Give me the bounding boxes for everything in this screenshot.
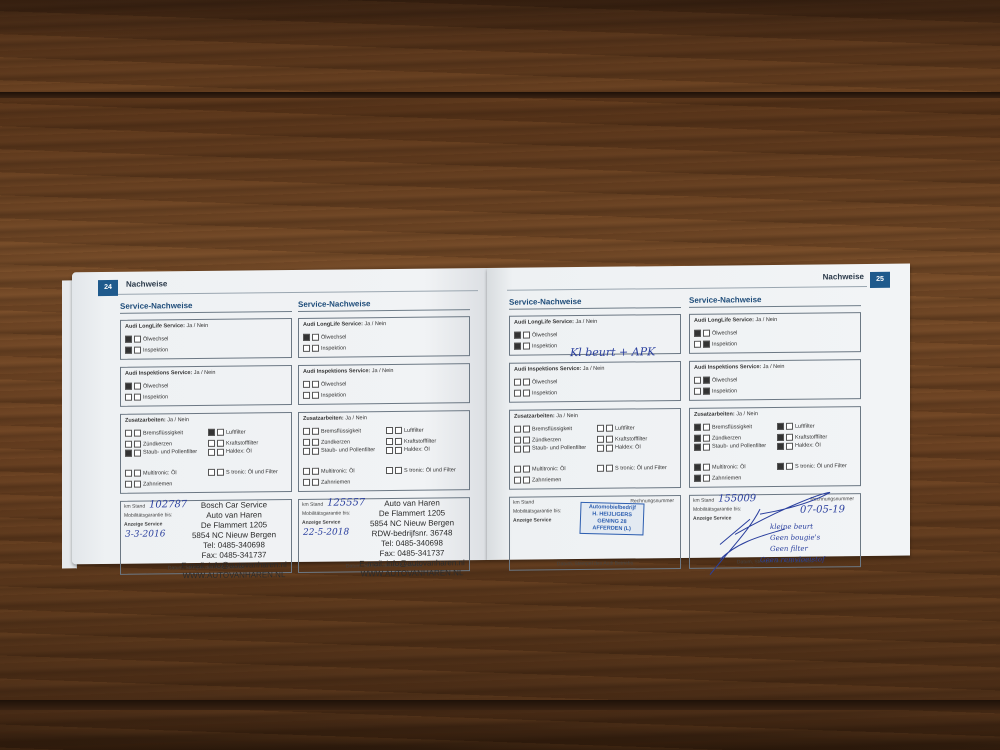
stamp-line: AFFERDEN (L)	[582, 525, 642, 533]
km-stand-label: km Stand	[513, 499, 534, 505]
checkbox-row: Zündkerzen	[514, 434, 593, 446]
empty-cell	[386, 475, 465, 487]
checkbox-row: Luftfilter	[777, 420, 856, 432]
checkbox-ja[interactable]	[208, 469, 215, 476]
section-header-right: Nachweise	[823, 272, 864, 290]
section-header-left: Nachweise	[126, 279, 167, 297]
checkbox-row: Inspektion	[514, 386, 676, 399]
checkbox-nein[interactable]	[395, 427, 402, 434]
checkbox-ja[interactable]	[125, 481, 132, 488]
box-title: Zusatzarbeiten: Ja / Nein	[125, 416, 287, 424]
checkbox-row: S tronic: Öl und Filter	[386, 464, 465, 476]
checkbox-label: Bremsflüssigkeit	[532, 426, 572, 432]
checkbox-nein[interactable]	[134, 336, 141, 343]
checkbox-ja[interactable]	[303, 439, 310, 446]
checkbox-nein[interactable]	[786, 434, 793, 441]
checkbox-ja[interactable]	[694, 475, 701, 482]
checkbox-ja[interactable]	[125, 347, 132, 354]
checkbox-row: Multitronic: Öl	[303, 465, 382, 477]
signature-scribble	[690, 488, 840, 580]
checkbox-ja[interactable]	[386, 467, 393, 474]
checkbox-label: Inspektion	[321, 392, 346, 398]
checkbox-nein[interactable]	[703, 377, 710, 384]
checkbox-ja[interactable]	[777, 443, 784, 450]
checkbox-row: Bremsflüssigkeit	[514, 423, 593, 435]
checkbox-nein[interactable]	[606, 465, 613, 472]
zusatz-grid: BremsflüssigkeitLuftfilterZündkerzenKraf…	[125, 426, 287, 490]
ja-nein-label: Ja / Nein	[575, 319, 597, 325]
checkbox-ja[interactable]	[125, 430, 132, 437]
checkbox-label: Luftfilter	[795, 423, 815, 429]
checkbox-label: Haldex: Öl	[795, 442, 821, 448]
service-entry-2: Service-NachweiseAudi LongLife Service: …	[298, 298, 470, 573]
checkbox-nein[interactable]	[134, 450, 141, 457]
checkbox-ja[interactable]	[514, 466, 521, 473]
checkbox-row: Zündkerzen	[125, 438, 204, 450]
checkbox-row: Kraftstofffilter	[597, 433, 676, 445]
stamp-line: WWW.AUTOVANHAREN.NL	[337, 568, 487, 580]
checkbox-nein[interactable]	[134, 430, 141, 437]
checkbox-row: Kraftstofffilter	[208, 437, 287, 449]
checkbox-ja[interactable]	[514, 332, 521, 339]
box-label: Audi LongLife Service:	[125, 323, 186, 330]
checkbox-nein[interactable]	[217, 429, 224, 436]
checkbox-row: Inspektion	[303, 388, 465, 401]
checkbox-ja[interactable]	[597, 445, 604, 452]
checkbox-label: Staub- und Pollenfilter	[712, 443, 766, 450]
service-stamp-box: km StandMobilitätsgarantie bis:Anzeige S…	[298, 497, 470, 573]
ja-nein-label: Ja / Nein	[736, 411, 758, 417]
anzeige-service-label: Anzeige Service	[124, 521, 162, 527]
checkbox-nein[interactable]	[312, 479, 319, 486]
checkbox-ja[interactable]	[694, 444, 701, 451]
checkbox-nein[interactable]	[703, 435, 710, 442]
stamp-line: WWW.AUTOVANHAREN.NL	[159, 570, 309, 582]
checkbox-nein[interactable]	[786, 463, 793, 470]
box-label: Zusatzarbeiten:	[303, 415, 345, 421]
checkbox-ja[interactable]	[303, 448, 310, 455]
checkbox-ja[interactable]	[386, 447, 393, 454]
box-title: Zusatzarbeiten: Ja / Nein	[303, 414, 465, 422]
checkbox-ja[interactable]	[125, 441, 132, 448]
box-title: Audi LongLife Service: Ja / Nein	[303, 320, 465, 328]
checkbox-label: Kraftstofffilter	[615, 436, 647, 442]
zusatzarbeiten-box: Zusatzarbeiten: Ja / NeinBremsflüssigkei…	[120, 412, 292, 494]
checkbox-label: Ölwechsel	[532, 332, 557, 338]
checkbox-nein[interactable]	[523, 446, 530, 453]
checkbox-label: S tronic: Öl und Filter	[226, 469, 278, 476]
checkbox-nein[interactable]	[523, 477, 530, 484]
table-plank-seam	[0, 92, 1000, 98]
page-number-right: 25	[870, 272, 890, 288]
checkbox-ja[interactable]	[208, 449, 215, 456]
mobilitaetsgarantie-label: Mobilitätsgarantie bis:	[513, 508, 561, 515]
checkbox-ja[interactable]	[208, 440, 215, 447]
checkbox-row: Zahnriemen	[125, 478, 204, 490]
box-title: Audi Inspektions Service: Ja / Nein	[303, 367, 465, 375]
checkbox-label: Multitronic: Öl	[712, 464, 746, 470]
checkbox-nein[interactable]	[312, 448, 319, 455]
checkbox-nein[interactable]	[523, 437, 530, 444]
checkbox-nein[interactable]	[606, 436, 613, 443]
checkbox-label: Inspektion	[532, 343, 557, 349]
checkbox-row: Zündkerzen	[694, 432, 773, 444]
box-label: Zusatzarbeiten:	[125, 417, 167, 423]
checkbox-label: Zahnriemen	[143, 481, 172, 487]
checkbox-row: Haldex: Öl	[386, 446, 465, 465]
checkbox-label: Inspektion	[143, 347, 168, 353]
checkbox-ja[interactable]	[125, 470, 132, 477]
checkbox-label: Staub- und Pollenfilter	[321, 447, 375, 454]
dealer-stamp: AutomobielbedrijfH. HEIJLIGERSGENING 28A…	[579, 502, 644, 536]
checkbox-label: Ölwechsel	[143, 383, 168, 389]
checkbox-nein[interactable]	[395, 467, 402, 474]
ja-nein-label: Ja / Nein	[194, 370, 216, 376]
empty-cell	[208, 477, 287, 489]
checkbox-row: Inspektion	[694, 337, 856, 350]
longlife-service-box: Audi LongLife Service: Ja / NeinÖlwechse…	[120, 318, 292, 360]
checkbox-row: Bremsflüssigkeit	[694, 421, 773, 433]
inspektions-service-box: Audi Inspektions Service: Ja / NeinÖlwec…	[509, 361, 681, 403]
zusatz-grid: BremsflüssigkeitLuftfilterZündkerzenKraf…	[694, 420, 856, 484]
checkbox-ja[interactable]	[694, 330, 701, 337]
km-stand-label: km Stand	[302, 502, 323, 508]
checkbox-label: Multitronic: Öl	[321, 468, 355, 474]
checkbox-nein[interactable]	[217, 449, 224, 456]
checkbox-label: Ölwechsel	[712, 377, 737, 383]
checkbox-nein[interactable]	[703, 330, 710, 337]
checkbox-nein[interactable]	[703, 475, 710, 482]
checkbox-ja[interactable]	[514, 477, 521, 484]
checkbox-label: Kraftstofffilter	[795, 434, 827, 440]
checkbox-label: Inspektion	[712, 388, 737, 394]
checkbox-label: Staub- und Pollenfilter	[532, 445, 586, 452]
checkbox-nein[interactable]	[312, 334, 319, 341]
checkbox-nein[interactable]	[523, 343, 530, 350]
checkbox-label: Multitronic: Öl	[143, 470, 177, 476]
checkbox-nein[interactable]	[134, 470, 141, 477]
checkbox-nein[interactable]	[786, 443, 793, 450]
checkbox-row: Luftfilter	[208, 426, 287, 438]
box-title: Audi Inspektions Service: Ja / Nein	[125, 369, 287, 377]
checkbox-label: Staub- und Pollenfilter	[143, 449, 197, 456]
checkbox-label: Zahnriemen	[321, 479, 350, 485]
checkbox-ja[interactable]	[694, 435, 701, 442]
checkbox-ja[interactable]	[303, 479, 310, 486]
ja-nein-label: Ja / Nein	[372, 368, 394, 374]
checkbox-row: S tronic: Öl und Filter	[597, 462, 676, 474]
checkbox-ja[interactable]	[694, 377, 701, 384]
checkbox-row: Kraftstofffilter	[386, 435, 465, 447]
checkbox-nein[interactable]	[312, 428, 319, 435]
checkbox-row: Multitronic: Öl	[514, 463, 593, 475]
header-rule	[118, 290, 478, 295]
checkbox-label: Zahnriemen	[712, 475, 741, 481]
checkbox-label: Inspektion	[321, 345, 346, 351]
checkbox-row: Luftfilter	[386, 424, 465, 436]
zusatz-grid: BremsflüssigkeitLuftfilterZündkerzenKraf…	[303, 424, 465, 488]
box-title: Audi Inspektions Service: Ja / Nein	[514, 365, 676, 373]
ja-nein-label: Ja / Nein	[583, 366, 605, 372]
checkbox-nein[interactable]	[606, 445, 613, 452]
checkbox-ja[interactable]	[514, 426, 521, 433]
box-title: Zusatzarbeiten: Ja / Nein	[694, 410, 856, 418]
entry-title: Service-Nachweise	[689, 294, 861, 308]
checkbox-row: Staub- und Pollenfilter	[125, 449, 204, 468]
checkbox-row: Haldex: Öl	[777, 442, 856, 461]
checkbox-row: Luftfilter	[597, 422, 676, 434]
service-entry-4: Service-NachweiseAudi LongLife Service: …	[689, 294, 861, 569]
checkbox-ja[interactable]	[597, 436, 604, 443]
checkbox-ja[interactable]	[694, 388, 701, 395]
checkbox-row: Multitronic: Öl	[694, 461, 773, 473]
anzeige-service-label: Anzeige Service	[513, 517, 551, 523]
checkbox-label: Haldex: Öl	[226, 448, 252, 454]
anzeige-service-label: Anzeige Service	[302, 520, 340, 526]
checkbox-nein[interactable]	[312, 468, 319, 475]
checkbox-label: Zündkerzen	[532, 437, 561, 443]
service-entry-3: Service-NachweiseAudi LongLife Service: …	[509, 296, 681, 571]
ja-nein-label: Ja / Nein	[345, 415, 367, 421]
checkbox-nein[interactable]	[703, 341, 710, 348]
box-label: Zusatzarbeiten:	[514, 413, 556, 419]
right-page: Nachweise 25 Service-NachweiseAudi LongL…	[487, 264, 910, 560]
checkbox-label: Bremsflüssigkeit	[143, 430, 183, 436]
zusatz-grid: BremsflüssigkeitLuftfilterZündkerzenKraf…	[514, 422, 676, 486]
checkbox-ja[interactable]	[777, 434, 784, 441]
zusatzarbeiten-box: Zusatzarbeiten: Ja / NeinBremsflüssigkei…	[298, 410, 470, 492]
checkbox-label: Luftfilter	[226, 429, 246, 435]
checkbox-label: Haldex: Öl	[615, 444, 641, 450]
ja-nein-label: Ja / Nein	[167, 417, 189, 423]
empty-cell	[597, 473, 676, 485]
checkbox-label: Inspektion	[143, 394, 168, 400]
checkbox-label: Kraftstofffilter	[226, 440, 258, 446]
checkbox-label: Luftfilter	[615, 425, 635, 431]
checkbox-label: Ölwechsel	[321, 381, 346, 387]
checkbox-label: Ölwechsel	[712, 330, 737, 336]
checkbox-ja[interactable]	[303, 392, 310, 399]
checkbox-ja[interactable]	[597, 425, 604, 432]
checkbox-nein[interactable]	[134, 441, 141, 448]
checkbox-ja[interactable]	[694, 464, 701, 471]
ja-nein-label: Ja / Nein	[763, 364, 785, 370]
checkbox-label: Zahnriemen	[532, 477, 561, 483]
checkbox-label: Kraftstofffilter	[404, 438, 436, 444]
left-page: 24 Nachweise Service-NachweiseAudi LongL…	[72, 268, 487, 564]
service-stamp-box: km StandRechnungsnummerMobilitätsgaranti…	[689, 493, 861, 569]
entry-title: Service-Nachweise	[120, 300, 292, 314]
checkbox-nein[interactable]	[606, 425, 613, 432]
checkbox-nein[interactable]	[312, 345, 319, 352]
box-label: Audi Inspektions Service:	[514, 366, 583, 373]
box-title: Audi Inspektions Service: Ja / Nein	[694, 363, 856, 371]
longlife-service-box: Audi LongLife Service: Ja / NeinÖlwechse…	[689, 312, 861, 354]
checkbox-row: Inspektion	[694, 384, 856, 397]
checkbox-label: Zündkerzen	[143, 441, 172, 447]
checkbox-ja[interactable]	[694, 341, 701, 348]
checkbox-ja[interactable]	[777, 423, 784, 430]
checkbox-nein[interactable]	[523, 426, 530, 433]
ja-nein-label: Ja / Nein	[364, 321, 386, 327]
handwritten-note: Kl beurt + APK	[570, 345, 655, 359]
dealer-stamp: Auto van HarenDe Flammert 12055854 NC Ni…	[337, 498, 487, 580]
checkbox-nein[interactable]	[786, 423, 793, 430]
checkbox-nein[interactable]	[395, 438, 402, 445]
checkbox-ja[interactable]	[125, 336, 132, 343]
checkbox-ja[interactable]	[303, 334, 310, 341]
box-label: Zusatzarbeiten:	[694, 411, 736, 417]
checkbox-ja[interactable]	[303, 468, 310, 475]
checkbox-ja[interactable]	[694, 424, 701, 431]
checkbox-ja[interactable]	[777, 463, 784, 470]
checkbox-row: Staub- und Pollenfilter	[514, 445, 593, 464]
checkbox-row: Bremsflüssigkeit	[303, 425, 382, 437]
box-label: Audi Inspektions Service:	[694, 364, 763, 371]
checkbox-nein[interactable]	[523, 466, 530, 473]
checkbox-row: Staub- und Pollenfilter	[694, 443, 773, 462]
checkbox-ja[interactable]	[303, 428, 310, 435]
checkbox-ja[interactable]	[125, 450, 132, 457]
checkbox-row: Kraftstofffilter	[777, 431, 856, 443]
inspektions-service-box: Audi Inspektions Service: Ja / NeinÖlwec…	[689, 359, 861, 401]
checkbox-nein[interactable]	[523, 332, 530, 339]
longlife-service-box: Audi LongLife Service: Ja / NeinÖlwechse…	[298, 316, 470, 358]
checkbox-label: Zündkerzen	[712, 435, 741, 441]
checkbox-row: Inspektion	[125, 390, 287, 403]
checkbox-nein[interactable]	[134, 347, 141, 354]
checkbox-nein[interactable]	[312, 381, 319, 388]
header-rule	[507, 286, 867, 291]
checkbox-ja[interactable]	[208, 429, 215, 436]
checkbox-label: Inspektion	[712, 341, 737, 347]
box-title: Audi LongLife Service: Ja / Nein	[694, 316, 856, 324]
dealer-stamp: Bosch Car ServiceAuto van HarenDe Flamme…	[159, 500, 309, 582]
checkbox-row: Multitronic: Öl	[125, 467, 204, 479]
checkbox-row: Staub- und Pollenfilter	[303, 447, 382, 466]
checkbox-row: S tronic: Öl und Filter	[777, 460, 856, 472]
checkbox-row: Inspektion	[125, 343, 287, 356]
checkbox-ja[interactable]	[514, 343, 521, 350]
checkbox-label: Bremsflüssigkeit	[321, 428, 361, 434]
checkbox-nein[interactable]	[312, 439, 319, 446]
checkbox-ja[interactable]	[386, 438, 393, 445]
zusatzarbeiten-box: Zusatzarbeiten: Ja / NeinBremsflüssigkei…	[509, 408, 681, 490]
service-entry-1: Service-NachweiseAudi LongLife Service: …	[120, 300, 292, 575]
checkbox-label: Bremsflüssigkeit	[712, 424, 752, 430]
checkbox-nein[interactable]	[312, 392, 319, 399]
checkbox-ja[interactable]	[125, 394, 132, 401]
checkbox-nein[interactable]	[134, 481, 141, 488]
checkbox-row: S tronic: Öl und Filter	[208, 466, 287, 478]
checkbox-ja[interactable]	[514, 390, 521, 397]
checkbox-ja[interactable]	[386, 427, 393, 434]
ja-nein-label: Ja / Nein	[186, 323, 208, 329]
checkbox-row: Inspektion	[303, 341, 465, 354]
checkbox-row: Zahnriemen	[303, 476, 382, 488]
checkbox-label: Luftfilter	[404, 427, 424, 433]
box-label: Audi LongLife Service:	[303, 321, 364, 328]
checkbox-nein[interactable]	[523, 390, 530, 397]
box-label: Audi Inspektions Service:	[125, 370, 194, 377]
box-label: Audi LongLife Service:	[514, 319, 575, 326]
checkbox-label: S tronic: Öl und Filter	[615, 465, 667, 472]
checkbox-nein[interactable]	[523, 379, 530, 386]
checkbox-ja[interactable]	[303, 381, 310, 388]
checkbox-label: Inspektion	[532, 390, 557, 396]
entry-title: Service-Nachweise	[509, 296, 681, 310]
checkbox-nein[interactable]	[217, 440, 224, 447]
checkbox-nein[interactable]	[703, 464, 710, 471]
checkbox-ja[interactable]	[514, 437, 521, 444]
checkbox-row: Haldex: Öl	[597, 444, 676, 463]
ja-nein-label: Ja / Nein	[556, 413, 578, 419]
checkbox-label: Ölwechsel	[532, 379, 557, 385]
checkbox-ja[interactable]	[514, 446, 521, 453]
checkbox-label: Ölwechsel	[143, 336, 168, 342]
box-title: Zusatzarbeiten: Ja / Nein	[514, 412, 676, 420]
longlife-service-box: Audi LongLife Service: Ja / NeinÖlwechse…	[509, 314, 681, 356]
checkbox-nein[interactable]	[395, 447, 402, 454]
checkbox-ja[interactable]	[303, 345, 310, 352]
checkbox-ja[interactable]	[514, 379, 521, 386]
box-title: Audi LongLife Service: Ja / Nein	[514, 318, 676, 326]
checkbox-label: S tronic: Öl und Filter	[795, 463, 847, 470]
box-label: Audi LongLife Service:	[694, 317, 755, 324]
box-label: Audi Inspektions Service:	[303, 368, 372, 375]
checkbox-row: Zahnriemen	[514, 474, 593, 486]
service-booklet: 24 Nachweise Service-NachweiseAudi LongL…	[62, 264, 910, 575]
checkbox-nein[interactable]	[703, 444, 710, 451]
checkbox-nein[interactable]	[703, 388, 710, 395]
inspektions-service-box: Audi Inspektions Service: Ja / NeinÖlwec…	[120, 365, 292, 407]
box-title: Audi LongLife Service: Ja / Nein	[125, 322, 287, 330]
ja-nein-label: Ja / Nein	[755, 317, 777, 323]
checkbox-nein[interactable]	[134, 383, 141, 390]
checkbox-ja[interactable]	[125, 383, 132, 390]
checkbox-nein[interactable]	[134, 394, 141, 401]
checkbox-label: Ölwechsel	[321, 334, 346, 340]
page-number-left: 24	[98, 280, 118, 296]
checkbox-label: Multitronic: Öl	[532, 466, 566, 472]
empty-cell	[777, 471, 856, 483]
entry-title: Service-Nachweise	[298, 298, 470, 312]
inspektions-service-box: Audi Inspektions Service: Ja / NeinÖlwec…	[298, 363, 470, 405]
checkbox-nein[interactable]	[703, 424, 710, 431]
table-plank-seam	[0, 700, 1000, 710]
checkbox-row: Zündkerzen	[303, 436, 382, 448]
datum-stempel-label: Datum, Stempel des Audi Betriebs	[510, 560, 680, 568]
checkbox-row: Bremsflüssigkeit	[125, 427, 204, 439]
checkbox-nein[interactable]	[217, 469, 224, 476]
checkbox-label: Zündkerzen	[321, 439, 350, 445]
zusatzarbeiten-box: Zusatzarbeiten: Ja / NeinBremsflüssigkei…	[689, 406, 861, 488]
checkbox-row: Haldex: Öl	[208, 448, 287, 467]
checkbox-ja[interactable]	[597, 465, 604, 472]
checkbox-label: Haldex: Öl	[404, 447, 430, 453]
service-stamp-box: km StandMobilitätsgarantie bis:Anzeige S…	[120, 499, 292, 575]
checkbox-row: Zahnriemen	[694, 472, 773, 484]
km-stand-label: km Stand	[124, 504, 145, 510]
service-stamp-box: km StandRechnungsnummerMobilitätsgaranti…	[509, 495, 681, 571]
checkbox-label: S tronic: Öl und Filter	[404, 467, 456, 474]
